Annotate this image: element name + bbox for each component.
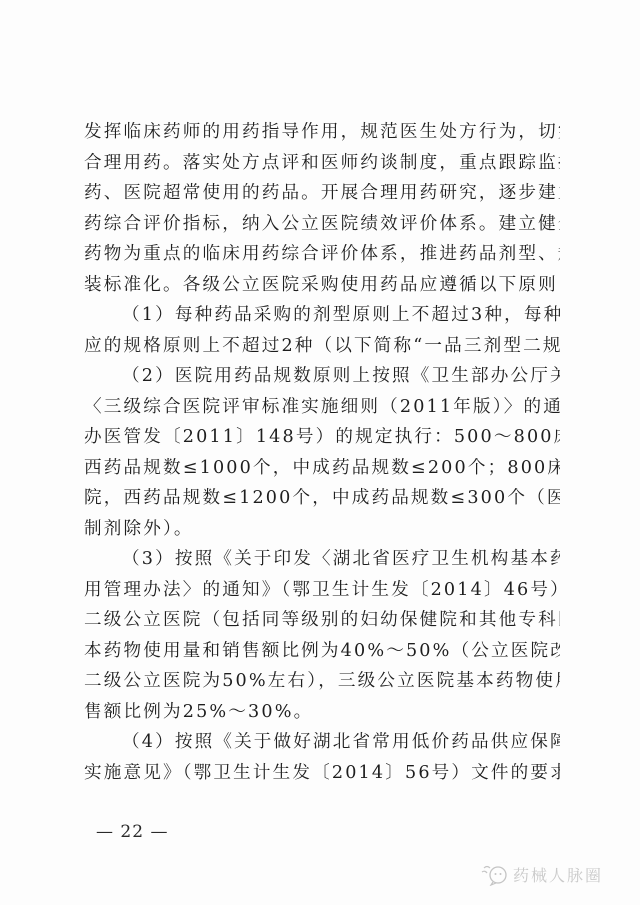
text-line: 〈三级综合医院评审标准实施细则（2011年版）〉的通知》（卫 [84, 392, 560, 423]
document-body: 发挥临床药师的用药指导作用，规范医生处方行为，切实减少不合理用药。落实处方点评和… [84, 117, 560, 788]
document-page: 发挥临床药师的用药指导作用，规范医生处方行为，切实减少不合理用药。落实处方点评和… [0, 0, 640, 905]
text-line: （3）按照《关于印发〈湖北省医疗卫生机构基本药物配备使 [84, 544, 560, 575]
text-line: （2）医院用药品规数原则上按照《卫生部办公厅关于印发 [84, 361, 560, 392]
text-line: 装标准化。各级公立医院采购使用药品应遵循以下原则： [84, 270, 560, 301]
text-line: （1）每种药品采购的剂型原则上不超过3种，每种剂型对 [84, 300, 560, 331]
text-line: 院，西药品规数≤1200个，中成药品规数≤300个（医院自制 [84, 483, 560, 514]
text-line: 应的规格原则上不超过2种（以下简称“一品三剂型二规格”）。 [84, 331, 560, 362]
page-number: — 22 — [96, 820, 168, 844]
text-line: 药综合评价指标，纳入公立医院绩效评价体系。建立健全以基本 [84, 209, 560, 240]
text-line: 二级公立医院为50%左右），三级公立医院基本药物使用量和销 [84, 666, 560, 697]
text-line: 用管理办法〉的通知》（鄂卫生计生发〔2014〕46号）的规定， [84, 575, 560, 606]
text-line: 制剂除外）。 [84, 514, 560, 545]
wechat-icon [481, 862, 509, 886]
text-line: 药物为重点的临床用药综合评价体系，推进药品剂型、规格、包 [84, 239, 560, 270]
text-line: （4）按照《关于做好湖北省常用低价药品供应保障工作的 [84, 727, 560, 758]
text-line: 药、医院超常使用的药品。开展合理用药研究，逐步建立临床用 [84, 178, 560, 209]
text-line: 办医管发〔2011〕148号）的规定执行：500～800床的医院， [84, 422, 560, 453]
text-line: 售额比例为25%～30%。 [84, 697, 560, 728]
text-line: 本药物使用量和销售额比例为40%～50%（公立医院改革试点县 [84, 636, 560, 667]
text-line: 二级公立医院（包括同等级别的妇幼保健院和其他专科医院）基 [84, 605, 560, 636]
watermark-text: 药械人脉圈 [513, 863, 603, 886]
text-line: 发挥临床药师的用药指导作用，规范医生处方行为，切实减少不 [84, 117, 560, 148]
text-line: 西药品规数≤1000个，中成药品规数≤200个；800床以上的医 [84, 453, 560, 484]
text-line: 合理用药。落实处方点评和医师约谈制度，重点跟踪监控辅助用 [84, 148, 560, 179]
watermark: 药械人脉圈 [481, 860, 603, 888]
text-line: 实施意见》（鄂卫生计生发〔2014〕56号）文件的要求，二级 [84, 758, 560, 789]
